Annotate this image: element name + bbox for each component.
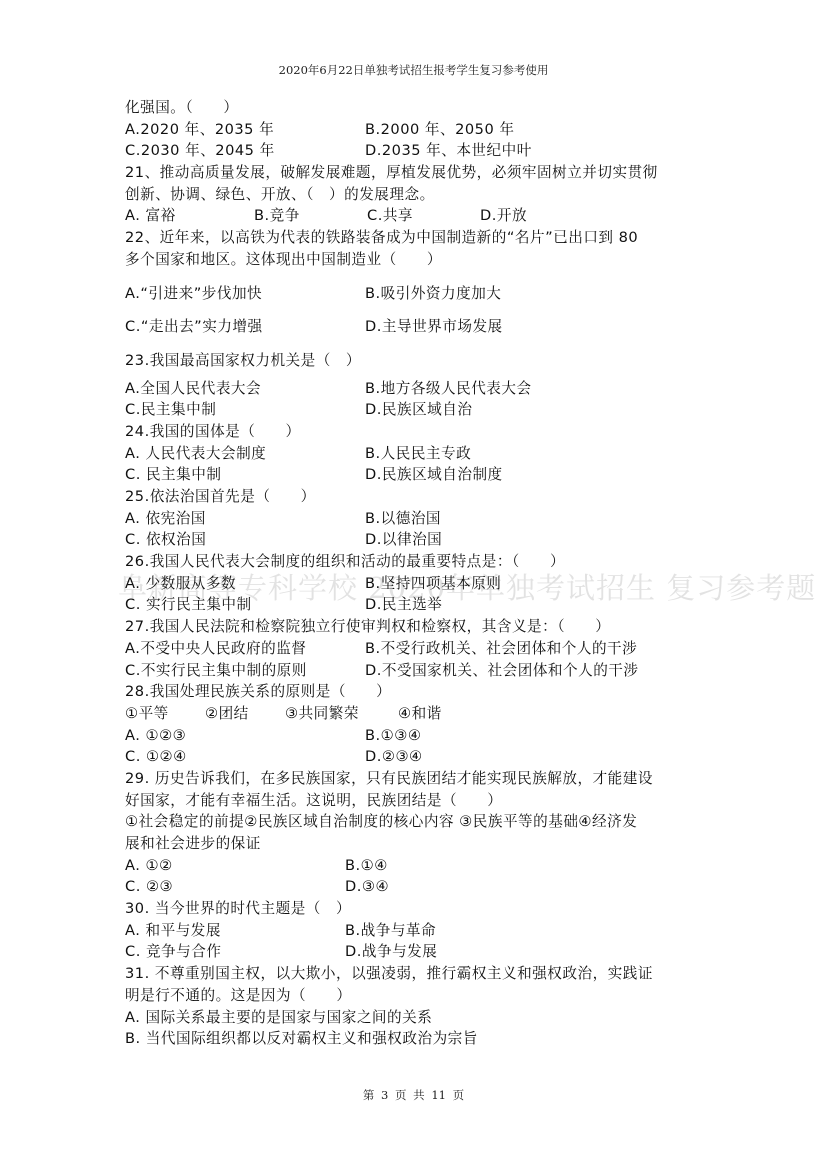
option-b: B.不受行政机关、社会团体和个人的干涉 bbox=[365, 638, 637, 660]
q31-stem-line-1: 31. 不尊重别国主权，以大欺小，以强凌弱，推行霸权主义和强权政治，实践证 bbox=[125, 963, 705, 985]
q25-stem: 25.依法治国首先是（ ） bbox=[125, 486, 705, 508]
option-c: C. 民主集中制 bbox=[125, 464, 365, 486]
option-b: B.地方各级人民代表大会 bbox=[365, 378, 532, 400]
q29-stem-line-1: 29. 历史告诉我们，在多民族国家，只有民族团结才能实现民族解放，才能建设 bbox=[125, 768, 705, 790]
option-c: C. 依权治国 bbox=[125, 529, 365, 551]
option-b: B.人民民主专政 bbox=[365, 443, 471, 465]
option-d: D.民主选举 bbox=[365, 594, 442, 616]
option-b: B.吸引外资力度加大 bbox=[365, 283, 501, 305]
option-b: B.竞争 bbox=[254, 205, 367, 227]
q22-stem-line-2: 多个国家和地区。这体现出中国制造业（ ） bbox=[125, 249, 705, 271]
option-c: C.“走出去”实力增强 bbox=[125, 316, 365, 338]
option-a: A.“引进来”步伐加快 bbox=[125, 283, 365, 305]
q24-options-row-1: A. 人民代表大会制度 B.人民民主专政 bbox=[125, 443, 705, 465]
option-d: D.不受国家机关、社会团体和个人的干涉 bbox=[365, 660, 638, 682]
item-3: ③共同繁荣 bbox=[285, 703, 398, 725]
q20-options-row-2: C.2030 年、2045 年 D.2035 年、本世纪中叶 bbox=[125, 140, 705, 162]
option-c: C. ②③ bbox=[125, 876, 345, 898]
option-d: D.2035 年、本世纪中叶 bbox=[365, 140, 532, 162]
option-c: C. ①②④ bbox=[125, 746, 365, 768]
q21-stem-line-2: 创新、协调、绿色、开放、（ ）的发展理念。 bbox=[125, 184, 705, 206]
q30-options-row-1: A. 和平与发展 B.战争与革命 bbox=[125, 920, 705, 942]
q31-option-a: A. 国际关系最主要的是国家与国家之间的关系 bbox=[125, 1007, 705, 1029]
q24-stem: 24.我国的国体是（ ） bbox=[125, 421, 705, 443]
q28-options-row-1: A. ①②③ B.①③④ bbox=[125, 725, 705, 747]
q28-options-row-2: C. ①②④ D.②③④ bbox=[125, 746, 705, 768]
q28-items: ①平等 ②团结 ③共同繁荣 ④和谐 bbox=[125, 703, 705, 725]
option-c: C.不实行民主集中制的原则 bbox=[125, 660, 365, 682]
option-a: A.全国人民代表大会 bbox=[125, 378, 365, 400]
q20-options-row-1: A.2020 年、2035 年 B.2000 年、2050 年 bbox=[125, 119, 705, 141]
q29-options-row-1: A. ①② B.①④ bbox=[125, 855, 705, 877]
option-b: B.①④ bbox=[345, 855, 388, 877]
option-d: D.民族区域自治 bbox=[365, 399, 472, 421]
option-b: B.战争与革命 bbox=[345, 920, 436, 942]
page-footer: 第 3 页 共 11 页 bbox=[0, 1087, 827, 1103]
question-list: 化强国。（ ） A.2020 年、2035 年 B.2000 年、2050 年 … bbox=[125, 97, 705, 1050]
q22-stem-line-1: 22、近年来，以高铁为代表的铁路装备成为中国制造新的“名片”已出口到 80 bbox=[125, 227, 705, 249]
q24-options-row-2: C. 民主集中制 D.民族区域自治制度 bbox=[125, 464, 705, 486]
item-4: ④和谐 bbox=[398, 703, 478, 725]
option-a: A.2020 年、2035 年 bbox=[125, 119, 365, 141]
option-a: A. ①② bbox=[125, 855, 345, 877]
q29-items-line-1: ①社会稳定的前提②民族区域自治制度的核心内容 ③民族平等的基础④经济发 bbox=[125, 811, 705, 833]
option-a: A. 人民代表大会制度 bbox=[125, 443, 365, 465]
option-b: B.以德治国 bbox=[365, 508, 441, 530]
option-d: D.民族区域自治制度 bbox=[365, 464, 503, 486]
item-2: ②团结 bbox=[205, 703, 285, 725]
option-a: A. 少数服从多数 bbox=[125, 573, 365, 595]
option-a: A.不受中央人民政府的监督 bbox=[125, 638, 365, 660]
q28-stem: 28.我国处理民族关系的原则是（ ） bbox=[125, 681, 705, 703]
option-d: D.以律治国 bbox=[365, 529, 442, 551]
option-b: B.①③④ bbox=[365, 725, 421, 747]
q21-options: A. 富裕 B.竞争 C.共享 D.开放 bbox=[125, 205, 705, 227]
option-c: C. 竞争与合作 bbox=[125, 941, 345, 963]
q26-options-row-2: C. 实行民主集中制 D.民主选举 bbox=[125, 594, 705, 616]
option-c: C.2030 年、2045 年 bbox=[125, 140, 365, 162]
q27-options-row-2: C.不实行民主集中制的原则 D.不受国家机关、社会团体和个人的干涉 bbox=[125, 660, 705, 682]
option-a: A. 和平与发展 bbox=[125, 920, 345, 942]
item-1: ①平等 bbox=[125, 703, 205, 725]
q26-stem: 26.我国人民代表大会制度的组织和活动的最重要特点是：（ ） bbox=[125, 551, 705, 573]
option-b: B.2000 年、2050 年 bbox=[365, 119, 515, 141]
q23-options-row-2: C.民主集中制 D.民族区域自治 bbox=[125, 399, 705, 421]
q23-stem: 23.我国最高国家权力机关是（ ） bbox=[125, 350, 705, 372]
q31-option-b: B. 当代国际组织都以反对霸权主义和强权政治为宗旨 bbox=[125, 1028, 705, 1050]
q29-options-row-2: C. ②③ D.③④ bbox=[125, 876, 705, 898]
q22-options-row-1: A.“引进来”步伐加快 B.吸引外资力度加大 bbox=[125, 283, 705, 305]
q30-options-row-2: C. 竞争与合作 D.战争与发展 bbox=[125, 941, 705, 963]
q27-options-row-1: A.不受中央人民政府的监督 B.不受行政机关、社会团体和个人的干涉 bbox=[125, 638, 705, 660]
q27-stem: 27.我国人民法院和检察院独立行使审判权和检察权，其含义是：（ ） bbox=[125, 616, 705, 638]
option-d: D.战争与发展 bbox=[345, 941, 437, 963]
q23-options-row-1: A.全国人民代表大会 B.地方各级人民代表大会 bbox=[125, 378, 705, 400]
option-a: A. ①②③ bbox=[125, 725, 365, 747]
option-a: A. 依宪治国 bbox=[125, 508, 365, 530]
q29-stem-line-2: 好国家，才能有幸福生活。这说明，民族团结是（ ） bbox=[125, 790, 705, 812]
q20-stem: 化强国。（ ） bbox=[125, 97, 705, 119]
option-d: D.主导世界市场发展 bbox=[365, 316, 503, 338]
q21-stem-line-1: 21、推动高质量发展，破解发展难题，厚植发展优势，必须牢固树立并切实贯彻 bbox=[125, 162, 705, 184]
q31-stem-line-2: 明是行不通的。这是因为（ ） bbox=[125, 985, 705, 1007]
option-c: C.民主集中制 bbox=[125, 399, 365, 421]
option-c: C. 实行民主集中制 bbox=[125, 594, 365, 616]
page-header: 2020年6月22日单独考试招生报考学生复习参考使用 bbox=[0, 62, 827, 78]
option-b: B.坚持四项基本原则 bbox=[365, 573, 501, 595]
q25-options-row-2: C. 依权治国 D.以律治国 bbox=[125, 529, 705, 551]
option-c: C.共享 bbox=[367, 205, 480, 227]
option-d: D.开放 bbox=[480, 205, 527, 227]
option-d: D.③④ bbox=[345, 876, 389, 898]
q29-items-line-2: 展和社会进步的保证 bbox=[125, 833, 705, 855]
q25-options-row-1: A. 依宪治国 B.以德治国 bbox=[125, 508, 705, 530]
q30-stem: 30. 当今世界的时代主题是（ ） bbox=[125, 898, 705, 920]
option-d: D.②③④ bbox=[365, 746, 423, 768]
q26-options-row-1: A. 少数服从多数 B.坚持四项基本原则 bbox=[125, 573, 705, 595]
option-a: A. 富裕 bbox=[125, 205, 254, 227]
q22-options-row-2: C.“走出去”实力增强 D.主导世界市场发展 bbox=[125, 316, 705, 338]
